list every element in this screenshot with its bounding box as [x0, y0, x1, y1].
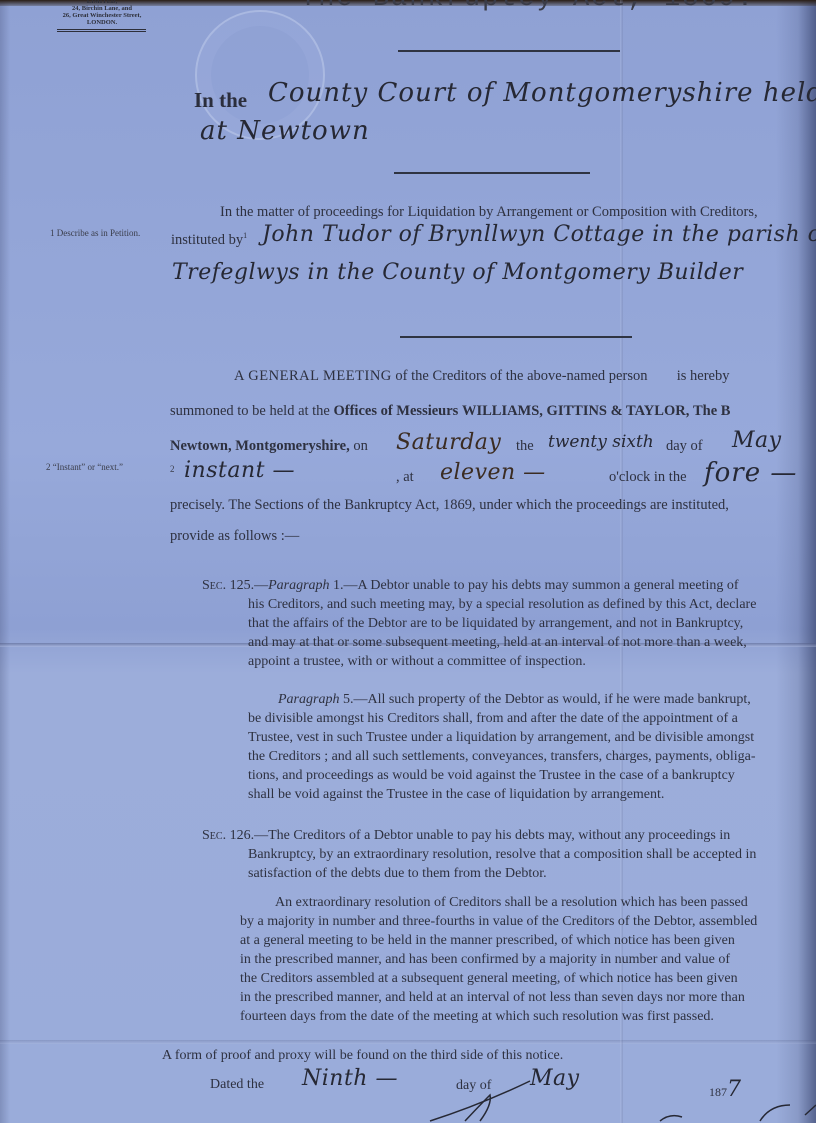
- meeting-text: The B: [693, 403, 730, 419]
- meeting-text: of the Creditors of the above-named pers…: [395, 368, 647, 384]
- meeting-line-3: Newtown, Montgomeryshire, on: [170, 438, 368, 455]
- imprint-line: 26, Great Winchester Street,: [50, 12, 154, 19]
- meeting-day-name-handwritten: Saturday: [396, 430, 501, 455]
- debtor-handwritten-line1: John Tudor of Brynllwyn Cottage in the p…: [262, 222, 816, 247]
- extraordinary-resolution: An extraordinary resolution of Creditors…: [240, 893, 757, 1026]
- signature-flourish: [420, 1075, 816, 1123]
- law-line: at a general meeting to be held in the m…: [240, 931, 757, 950]
- law-line: appoint a trustee, with or without a com…: [202, 652, 756, 671]
- law-line: An extraordinary resolution of Creditors…: [240, 893, 757, 912]
- printer-imprint: LIMITED, 24, Birchin Lane, and 26, Great…: [50, 0, 154, 26]
- law-line: fourteen days from the date of the meeti…: [240, 1007, 757, 1026]
- imprint-line: 24, Birchin Lane, and: [50, 5, 154, 12]
- at-label: , at: [396, 469, 414, 486]
- meeting-text: on: [353, 438, 368, 454]
- paragraph-label: Paragraph: [278, 692, 339, 707]
- instant-handwritten: instant —: [184, 458, 295, 483]
- section-heading: Sec. 125.—: [202, 578, 268, 593]
- offices-label: Offices of Messieurs: [334, 403, 459, 419]
- meeting-day-number-handwritten: twenty sixth: [548, 432, 654, 452]
- proxy-note: A form of proof and proxy will be found …: [162, 1046, 563, 1065]
- law-line: 5.—All such property of the Debtor as wo…: [343, 692, 751, 707]
- law-line: tions, and proceedings as would be void …: [248, 766, 755, 785]
- law-line: his Creditors, and such meeting may, by …: [202, 595, 756, 614]
- imprint-rule: [57, 29, 146, 32]
- law-line: the Creditors assembled at a subsequent …: [240, 969, 757, 988]
- law-line: shall be void against the Trustee in the…: [248, 785, 755, 804]
- act-title: The Bankruptcy Act, 1869.: [300, 0, 755, 14]
- hour-handwritten: eleven —: [440, 460, 546, 485]
- law-line: in the prescribed manner, and has been c…: [240, 950, 757, 969]
- footnote-mark-2: 2: [170, 464, 175, 474]
- meeting-text: summoned to be held at the: [170, 403, 330, 419]
- divider-rule: [394, 172, 590, 174]
- margin-note-1: 1 Describe as in Petition.: [50, 228, 140, 238]
- oclock-label: o'clock in the: [609, 469, 687, 486]
- law-line: in the prescribed manner, and held at an…: [240, 988, 757, 1007]
- meeting-month-handwritten: May: [732, 428, 782, 453]
- law-line: Bankruptcy, by an extraordinary resoluti…: [202, 845, 756, 864]
- law-line: and may at that or some subsequent meeti…: [202, 633, 756, 652]
- general-meeting-caps: A GENERAL MEETING: [234, 368, 392, 384]
- section-125-para-1: Sec. 125.—Paragraph 1.—A Debtor unable t…: [202, 576, 756, 671]
- debtor-handwritten-line2: Trefeglwys in the County of Montgomery B…: [172, 260, 743, 285]
- paragraph-label: Paragraph: [268, 578, 329, 593]
- period-handwritten: fore —: [704, 458, 797, 488]
- instituted-label: instituted by: [171, 232, 243, 248]
- instituted-by-label: instituted by1: [171, 231, 247, 249]
- the-label: the: [516, 438, 534, 455]
- court-location-handwritten: at Newtown: [200, 116, 370, 146]
- law-line: satisfaction of the debts due to them fr…: [202, 864, 756, 883]
- meeting-place: Newtown, Montgomeryshire,: [170, 438, 350, 454]
- law-line: be divisible amongst his Creditors shall…: [248, 709, 755, 728]
- divider-rule: [398, 50, 620, 52]
- section-125-para-5: Paragraph 5.—All such property of the De…: [248, 690, 755, 804]
- divider-rule: [400, 336, 632, 338]
- law-line: that the affairs of the Debtor are to be…: [202, 614, 756, 633]
- margin-note-2: 2 “Instant” or “next.”: [46, 462, 123, 472]
- law-line: by a majority in number and three-fourth…: [240, 912, 757, 931]
- meeting-text: is hereby: [677, 368, 730, 384]
- law-line: The Creditors of a Debtor unable to pay …: [268, 828, 730, 843]
- provide-line: provide as follows :—: [170, 528, 299, 545]
- dated-label: Dated the: [210, 1075, 264, 1094]
- law-line: Trustee, vest in such Trustee under a li…: [248, 728, 755, 747]
- court-label: In the: [194, 88, 247, 113]
- precisely-line: precisely. The Sections of the Bankruptc…: [170, 497, 729, 514]
- paper-fold-horizontal-lower: [0, 1040, 816, 1044]
- meeting-line-1: A GENERAL MEETING of the Creditors of th…: [234, 368, 729, 385]
- law-line: 1.—A Debtor unable to pay his debts may …: [333, 578, 739, 593]
- day-of-label: day of: [666, 438, 703, 455]
- solicitors-firm: WILLIAMS, GITTINS & TAYLOR,: [462, 403, 689, 419]
- section-heading: Sec. 126.—: [202, 828, 268, 843]
- matter-intro: In the matter of proceedings for Liquida…: [220, 204, 758, 221]
- law-line: the Creditors ; and all such settlements…: [248, 747, 755, 766]
- meeting-line-2: summoned to be held at the Offices of Me…: [170, 403, 730, 420]
- footnote-mark: 1: [243, 231, 247, 240]
- court-name-handwritten: County Court of Montgomeryshire held: [268, 78, 816, 108]
- section-126: Sec. 126.—The Creditors of a Debtor unab…: [202, 826, 756, 883]
- dated-day-handwritten: Ninth —: [302, 1066, 398, 1091]
- imprint-line: LONDON.: [50, 19, 154, 26]
